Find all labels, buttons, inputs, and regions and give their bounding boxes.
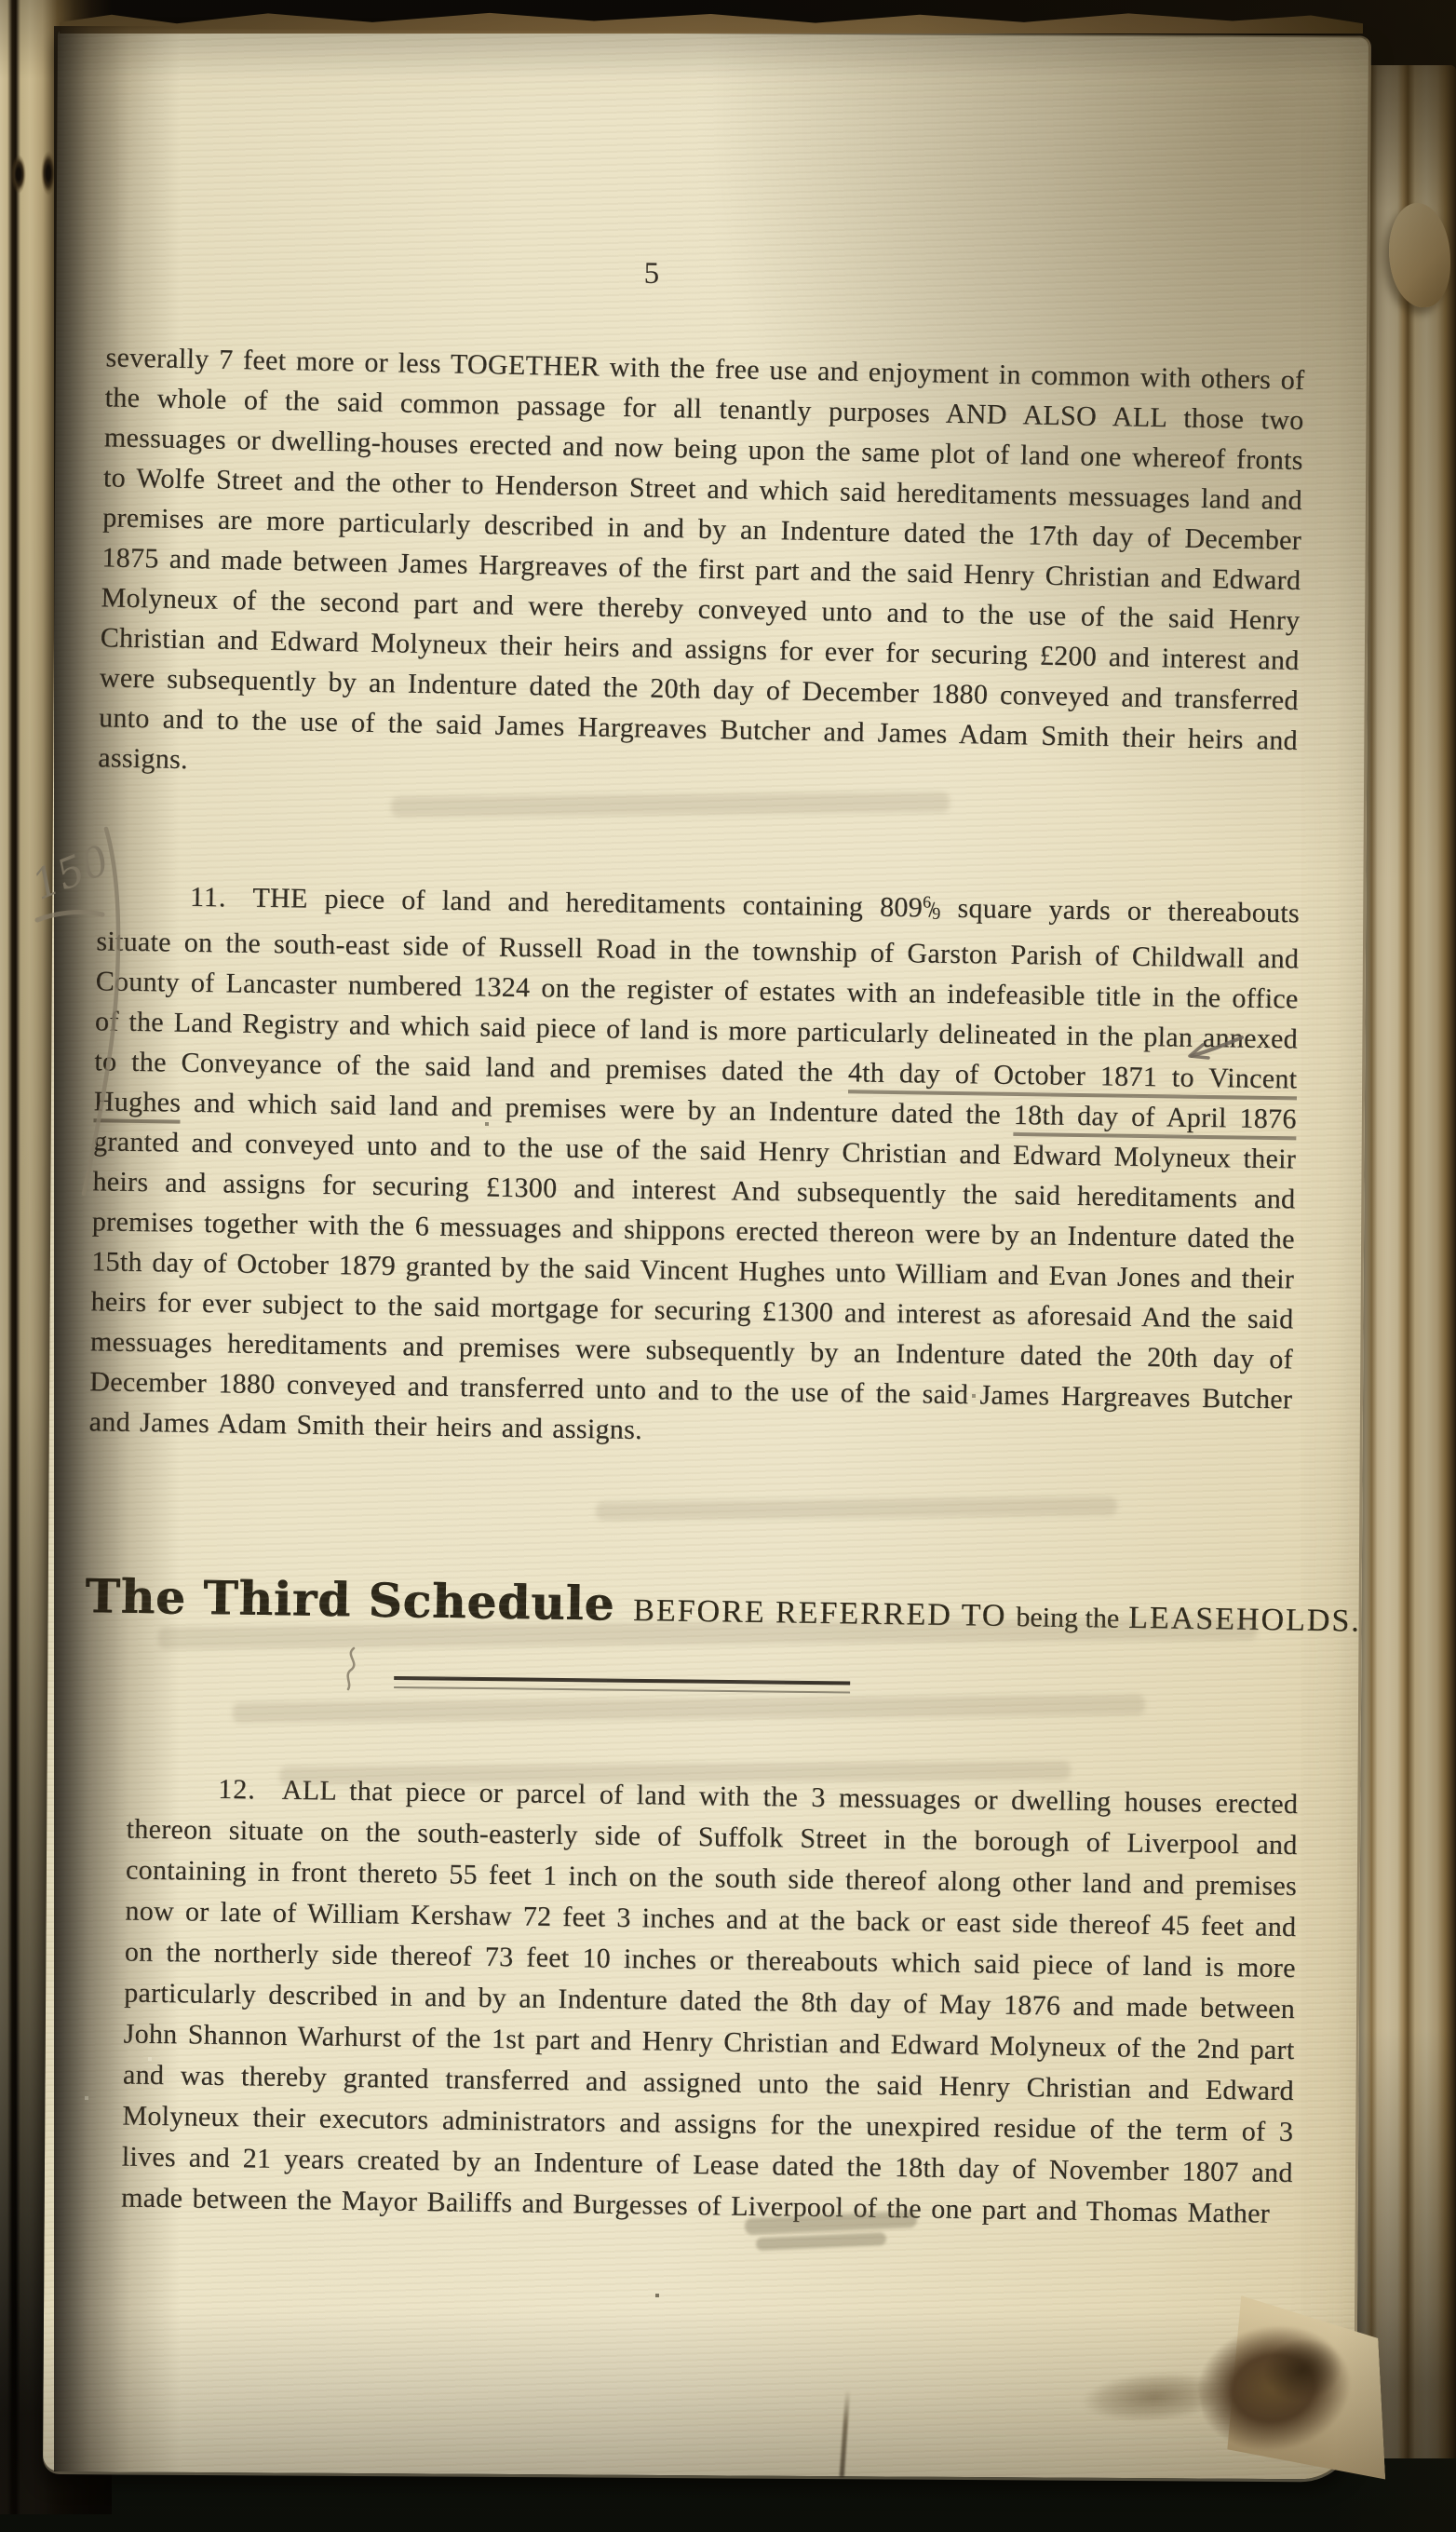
clause-12: 12.ALL that piece or parcel of land with… <box>121 1767 1299 2235</box>
clause-12-text: ALL that piece or parcel of land with th… <box>121 1775 1298 2229</box>
paragraph-continuation: severally 7 feet more or less TOGETHER w… <box>98 337 1305 801</box>
pencil-arrow-icon <box>1180 1028 1247 1069</box>
clause-11-text-d: granted and conveyed unto and to the use… <box>88 1126 1296 1445</box>
torn-top-edge <box>60 8 1363 34</box>
clause-12-number: 12. <box>218 1774 256 1806</box>
document-page: 5 severally 7 feet more or less TOGETHER… <box>43 28 1371 2480</box>
scanned-book-page: 5 severally 7 feet more or less TOGETHER… <box>0 0 1456 2532</box>
clause-11-text-c: and which said land and premises were by… <box>181 1088 1014 1131</box>
pencil-underlined-date-october-1871: 4th day of October 1871 to <box>848 1057 1209 1099</box>
binding-hole <box>11 155 26 194</box>
clause-11-number: 11. <box>190 882 227 914</box>
double-horizontal-rule <box>394 1676 850 1694</box>
page-number: 5 <box>93 253 1210 294</box>
pencil-underlined-date-april-1876: 18th day of April 1876 <box>1013 1100 1296 1141</box>
clause-11: 11.THE piece of land and hereditaments c… <box>88 870 1300 1459</box>
clause-11-text-a: THE piece of land and hereditaments cont… <box>252 883 923 924</box>
schedule-heading-blackletter: The Third Schedule <box>85 1568 615 1631</box>
fraction-denominator: 9 <box>932 904 941 923</box>
binding-hole <box>41 151 56 196</box>
clause-11-text-b: square yards or thereabouts situate on t… <box>94 893 1300 1089</box>
pencil-margin-line <box>28 819 140 1201</box>
pencil-squiggle <box>341 1645 369 1691</box>
paragraph-continuation-text: severally 7 feet more or less TOGETHER w… <box>98 342 1305 775</box>
